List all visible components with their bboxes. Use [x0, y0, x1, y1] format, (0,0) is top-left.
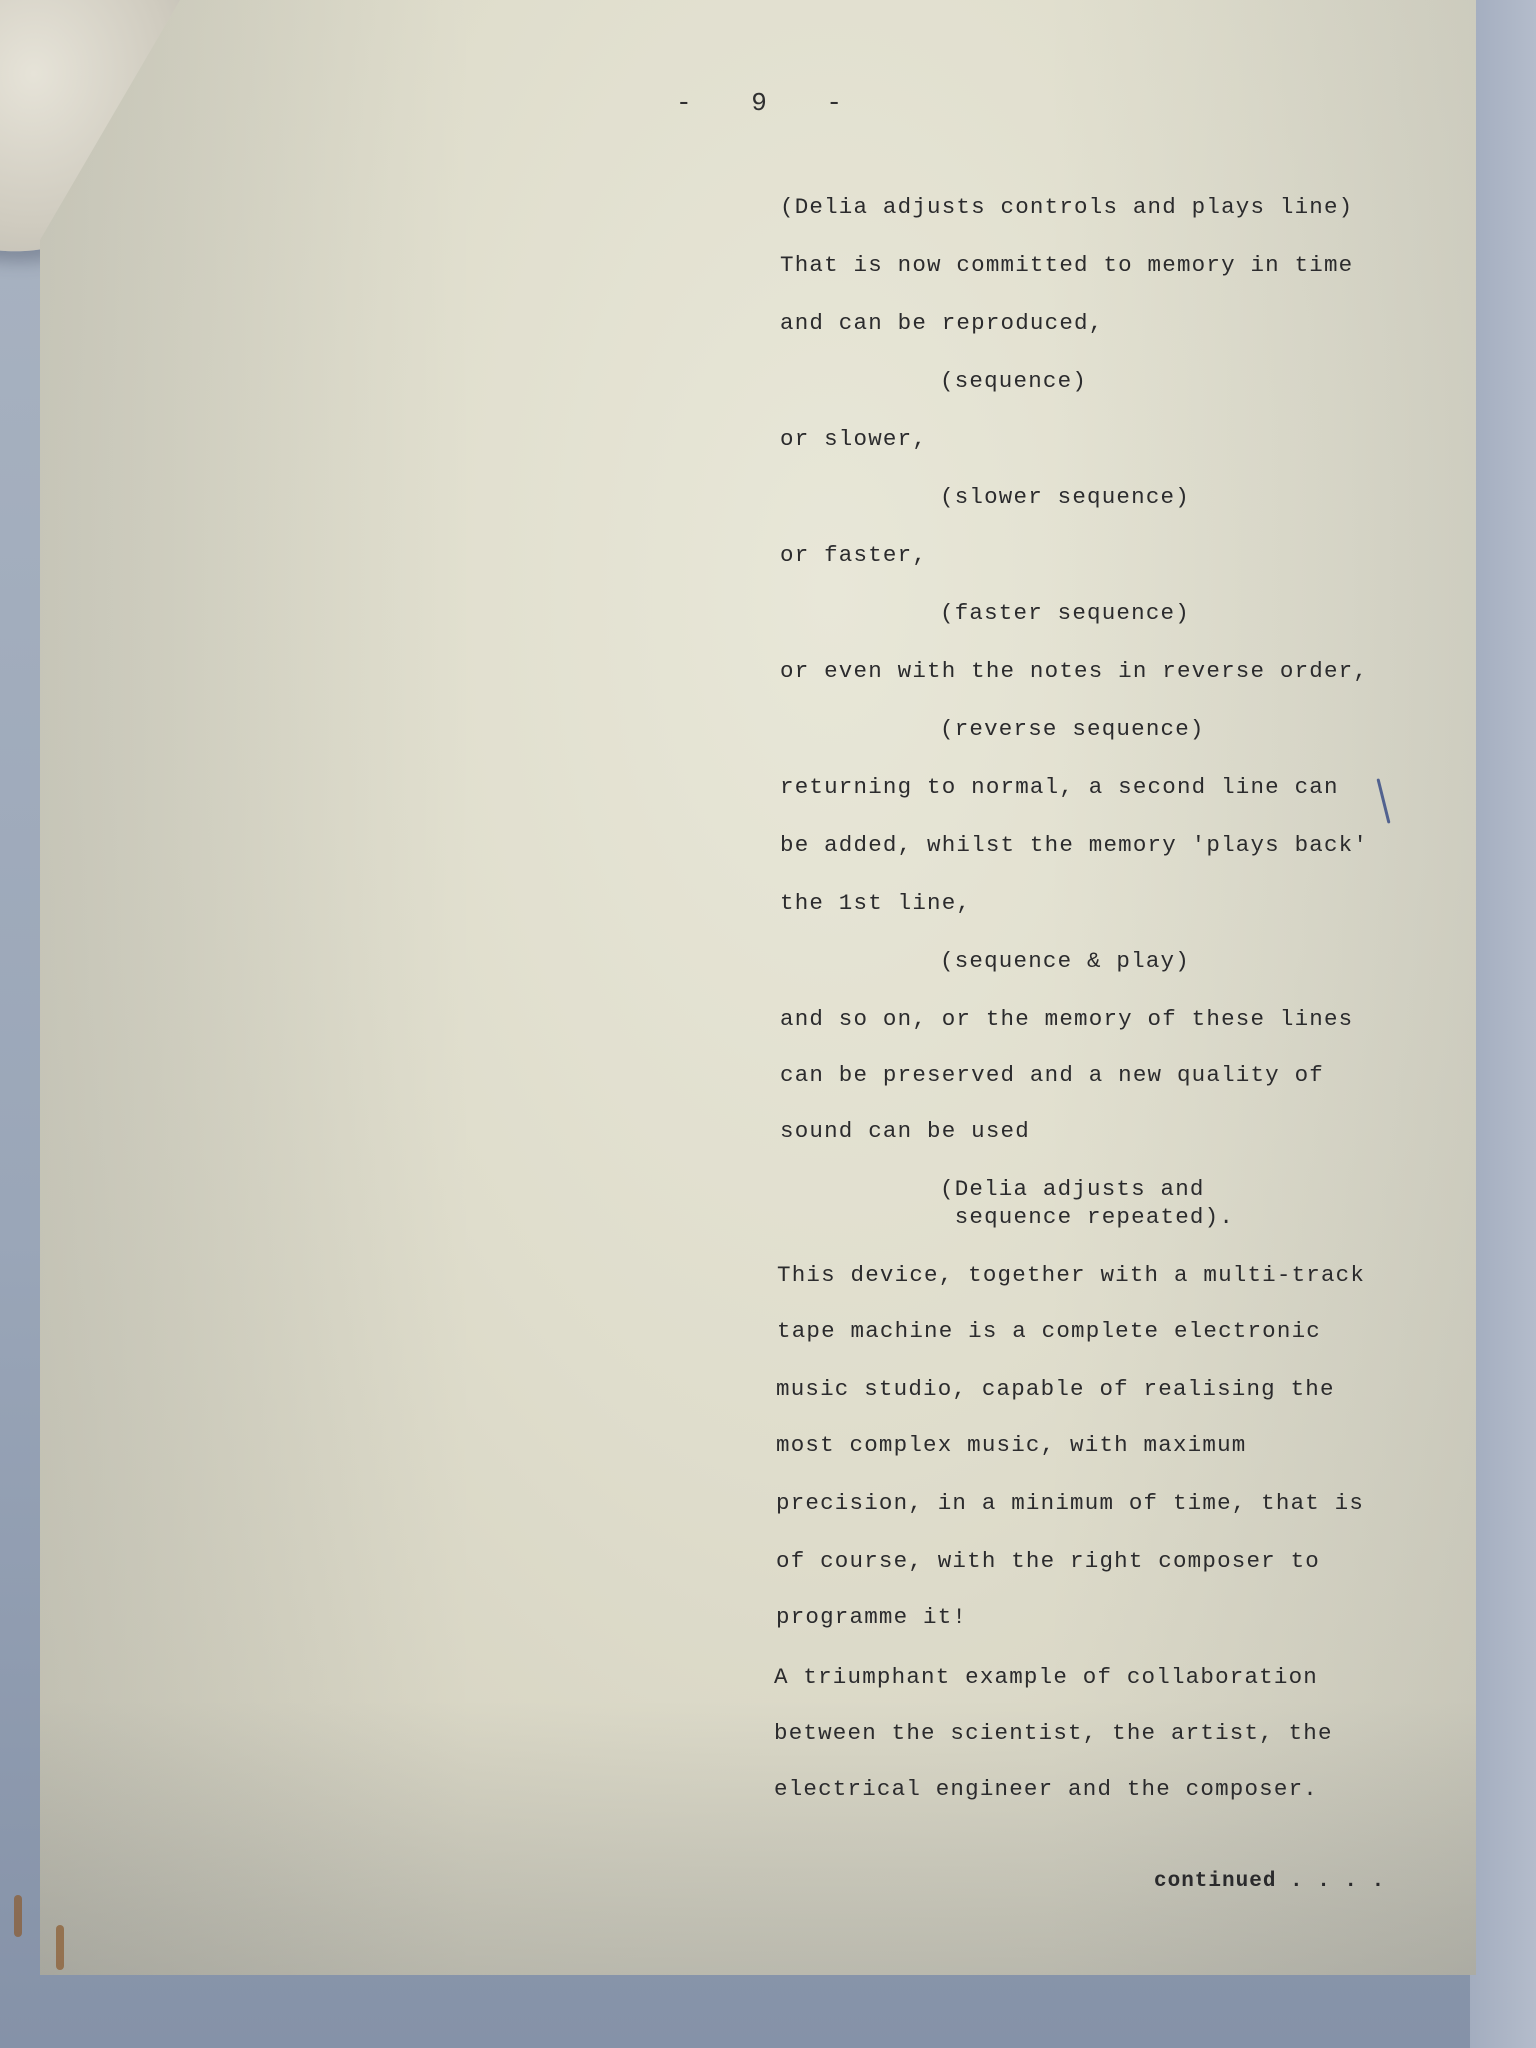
stage-cue-line: (sequence) — [940, 370, 1087, 393]
stage-cue-line: (reverse sequence) — [940, 718, 1205, 741]
script-line: between the scientist, the artist, the — [774, 1722, 1333, 1745]
script-line: the 1st line, — [780, 892, 971, 915]
script-line: electrical engineer and the composer. — [774, 1778, 1318, 1801]
page-number: - 9 - — [676, 88, 864, 118]
script-line: returning to normal, a second line can — [780, 776, 1339, 799]
rust-stain — [56, 1925, 64, 1970]
script-line: programme it! — [776, 1606, 967, 1629]
stage-cue-line: (faster sequence) — [940, 602, 1190, 625]
script-line: sound can be used — [780, 1120, 1030, 1143]
script-line: most complex music, with maximum — [776, 1434, 1246, 1457]
rust-stain — [14, 1895, 22, 1937]
stage-cue-line: (sequence & play) — [940, 950, 1190, 973]
desk-background — [1470, 0, 1536, 2048]
script-line: or faster, — [780, 544, 927, 567]
script-line: tape machine is a complete electronic — [777, 1320, 1321, 1343]
script-line: This device, together with a multi-track — [777, 1264, 1365, 1287]
script-line: precision, in a minimum of time, that is — [776, 1492, 1364, 1515]
stage-cue-line: (Delia adjusts and — [940, 1178, 1205, 1201]
script-line: That is now committed to memory in time — [780, 254, 1353, 277]
script-line: or slower, — [780, 428, 927, 451]
script-line: and can be reproduced, — [780, 312, 1103, 335]
script-line: A triumphant example of collaboration — [774, 1666, 1318, 1689]
script-line: and so on, or the memory of these lines — [780, 1008, 1353, 1031]
script-line: music studio, capable of realising the — [776, 1378, 1335, 1401]
continued-note: continued . . . . — [1154, 1870, 1385, 1893]
script-line: can be preserved and a new quality of — [780, 1064, 1324, 1087]
script-line: of course, with the right composer to — [776, 1550, 1320, 1573]
stage-cue-line: sequence repeated). — [940, 1206, 1234, 1229]
script-line: be added, whilst the memory 'plays back' — [780, 834, 1368, 857]
stage-cue-line: (slower sequence) — [940, 486, 1190, 509]
stage-direction-line: (Delia adjusts controls and plays line) — [780, 196, 1353, 219]
script-line: or even with the notes in reverse order, — [780, 660, 1368, 683]
